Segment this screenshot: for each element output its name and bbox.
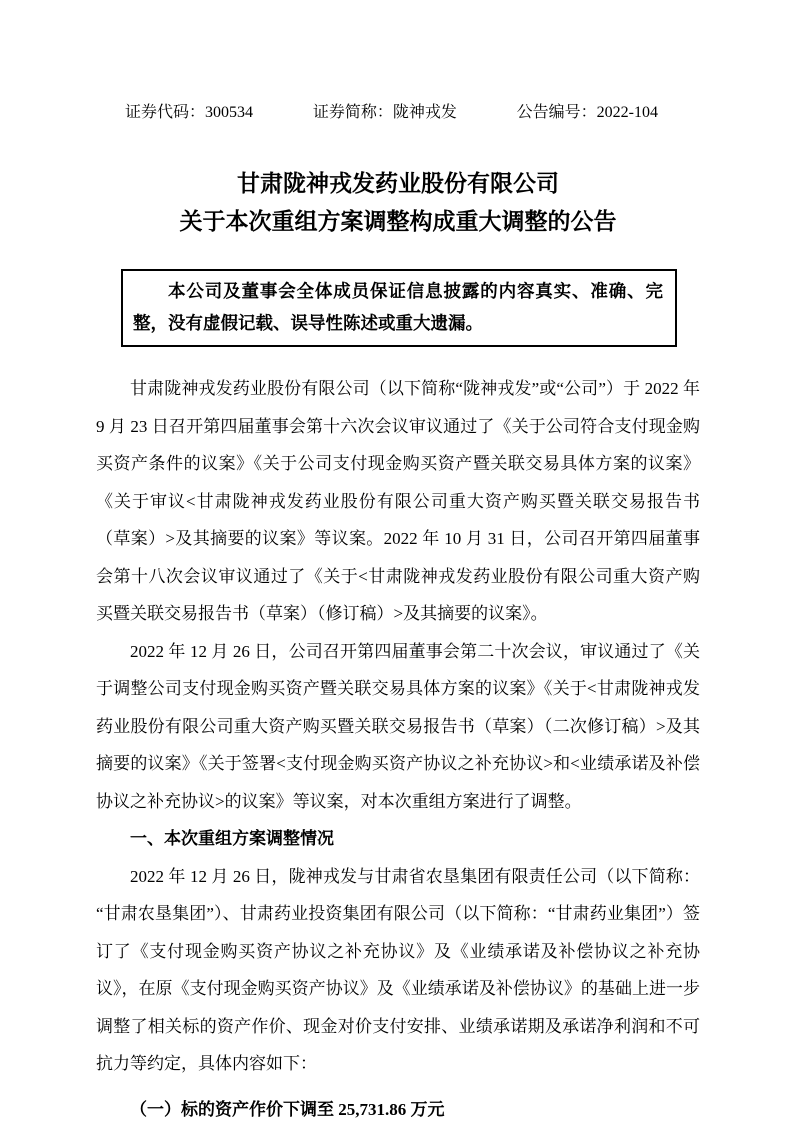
- disclaimer-text: 本公司及董事会全体成员保证信息披露的内容真实、准确、完整，没有虚假记载、误导性陈…: [133, 275, 663, 339]
- company-name-title: 甘肃陇神戎发药业股份有限公司: [96, 165, 700, 203]
- security-name: 证券简称：陇神戎发: [313, 103, 457, 123]
- disclaimer-box: 本公司及董事会全体成员保证信息披露的内容真实、准确、完整，没有虚假记载、误导性陈…: [121, 269, 677, 347]
- section-1-heading: 一、本次重组方案调整情况: [96, 820, 700, 858]
- paragraph-adjustment-resolutions: 2022 年 12 月 26 日，公司召开第四届董事会第二十次会议，审议通过了《…: [96, 633, 700, 821]
- paragraph-board-meetings: 甘肃陇神戎发药业股份有限公司（以下简称“陇神戎发”或“公司”）于 2022 年 …: [96, 370, 700, 633]
- paragraph-supplementary-agreements: 2022 年 12 月 26 日，陇神戎发与甘肃省农垦集团有限责任公司（以下简称…: [96, 858, 700, 1083]
- announcement-number: 公告编号：2022-104: [517, 103, 658, 123]
- subsection-1-heading: （一）标的资产作价下调至 25,731.86 万元: [96, 1091, 700, 1122]
- document-page: 证券代码：300534 证券简称：陇神戎发 公告编号：2022-104 甘肃陇神…: [0, 0, 793, 1122]
- announcement-title: 关于本次重组方案调整构成重大调整的公告: [96, 203, 700, 241]
- security-code: 证券代码：300534: [125, 103, 253, 123]
- document-header: 证券代码：300534 证券简称：陇神戎发 公告编号：2022-104: [96, 103, 700, 123]
